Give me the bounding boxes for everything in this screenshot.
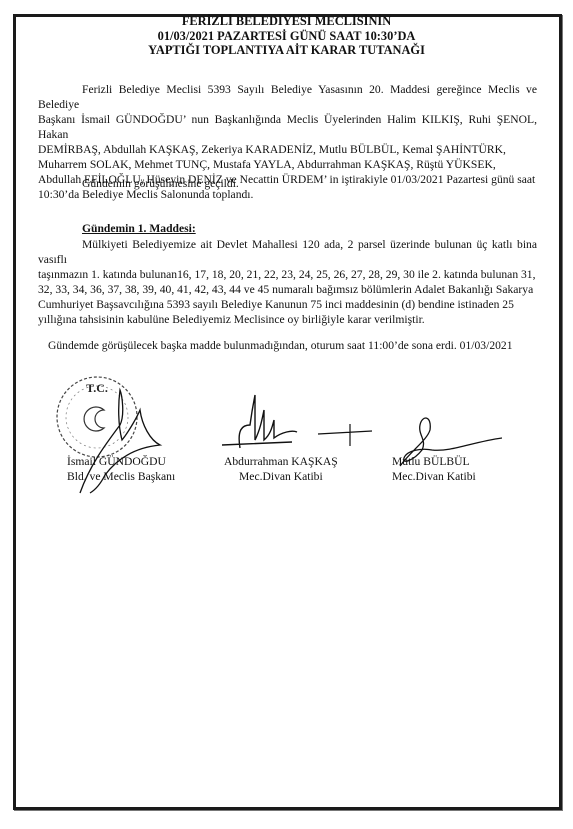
signatory-role: Mec.Divan Katibi — [224, 469, 338, 484]
signatory-chairman: İsmail GÜNDOĞDU Bld. ve Meclis Başkanı — [67, 454, 175, 484]
signatory-name: Mutlu BÜLBÜL — [392, 454, 476, 469]
signatory-clerk-1: Abdurrahman KAŞKAŞ Mec.Divan Katibi — [224, 454, 338, 484]
agenda-line: Mülkiyeti Belediyemize ait Devlet Mahall… — [38, 237, 537, 267]
title-line-3: YAPTIĞI TOPLANTIYA AİT KARAR TUTANAĞI — [0, 43, 573, 58]
intro-line: Ferizli Belediye Meclisi 5393 Sayılı Bel… — [38, 82, 537, 112]
title-line-1: FERİZLİ BELEDİYESİ MECLİSİNİN — [0, 14, 573, 29]
signatory-role: Bld. ve Meclis Başkanı — [67, 469, 175, 484]
agenda-opened-text: Gündemin görüşülmesine geçildi. — [82, 176, 239, 191]
agenda-line: 32, 33, 34, 36, 37, 38, 39, 40, 41, 42, … — [38, 282, 537, 297]
agenda-item-paragraph: Mülkiyeti Belediyemize ait Devlet Mahall… — [38, 237, 537, 327]
intro-line: Başkanı İsmail GÜNDOĞDU’ nun Başkanlığın… — [38, 112, 537, 142]
agenda-item-heading: Gündemin 1. Maddesi: — [82, 222, 196, 235]
title-line-2: 01/03/2021 PAZARTESİ GÜNÜ SAAT 10:30’DA — [0, 29, 573, 44]
signatory-clerk-2: Mutlu BÜLBÜL Mec.Divan Katibi — [392, 454, 476, 484]
closing-text: Gündemde görüşülecek başka madde bulunma… — [48, 338, 513, 353]
document-title: FERİZLİ BELEDİYESİ MECLİSİNİN 01/03/2021… — [0, 14, 573, 58]
intro-line: DEMİRBAŞ, Abdullah KAŞKAŞ, Zekeriya KARA… — [38, 142, 537, 157]
signatory-role: Mec.Divan Katibi — [392, 469, 476, 484]
intro-line: Muharrem SOLAK, Mehmet TUNÇ, Mustafa YAY… — [38, 157, 537, 172]
signatory-name: Abdurrahman KAŞKAŞ — [224, 454, 338, 469]
agenda-line: Cumhuriyet Başsavcılığına 5393 sayılı Be… — [38, 297, 537, 312]
signatory-name: İsmail GÜNDOĞDU — [67, 454, 175, 469]
agenda-line: taşınmazın 1. katında bulunan16, 17, 18,… — [38, 267, 537, 282]
agenda-line: yıllığına tahsisinin kabulüne Belediyemi… — [38, 312, 537, 327]
